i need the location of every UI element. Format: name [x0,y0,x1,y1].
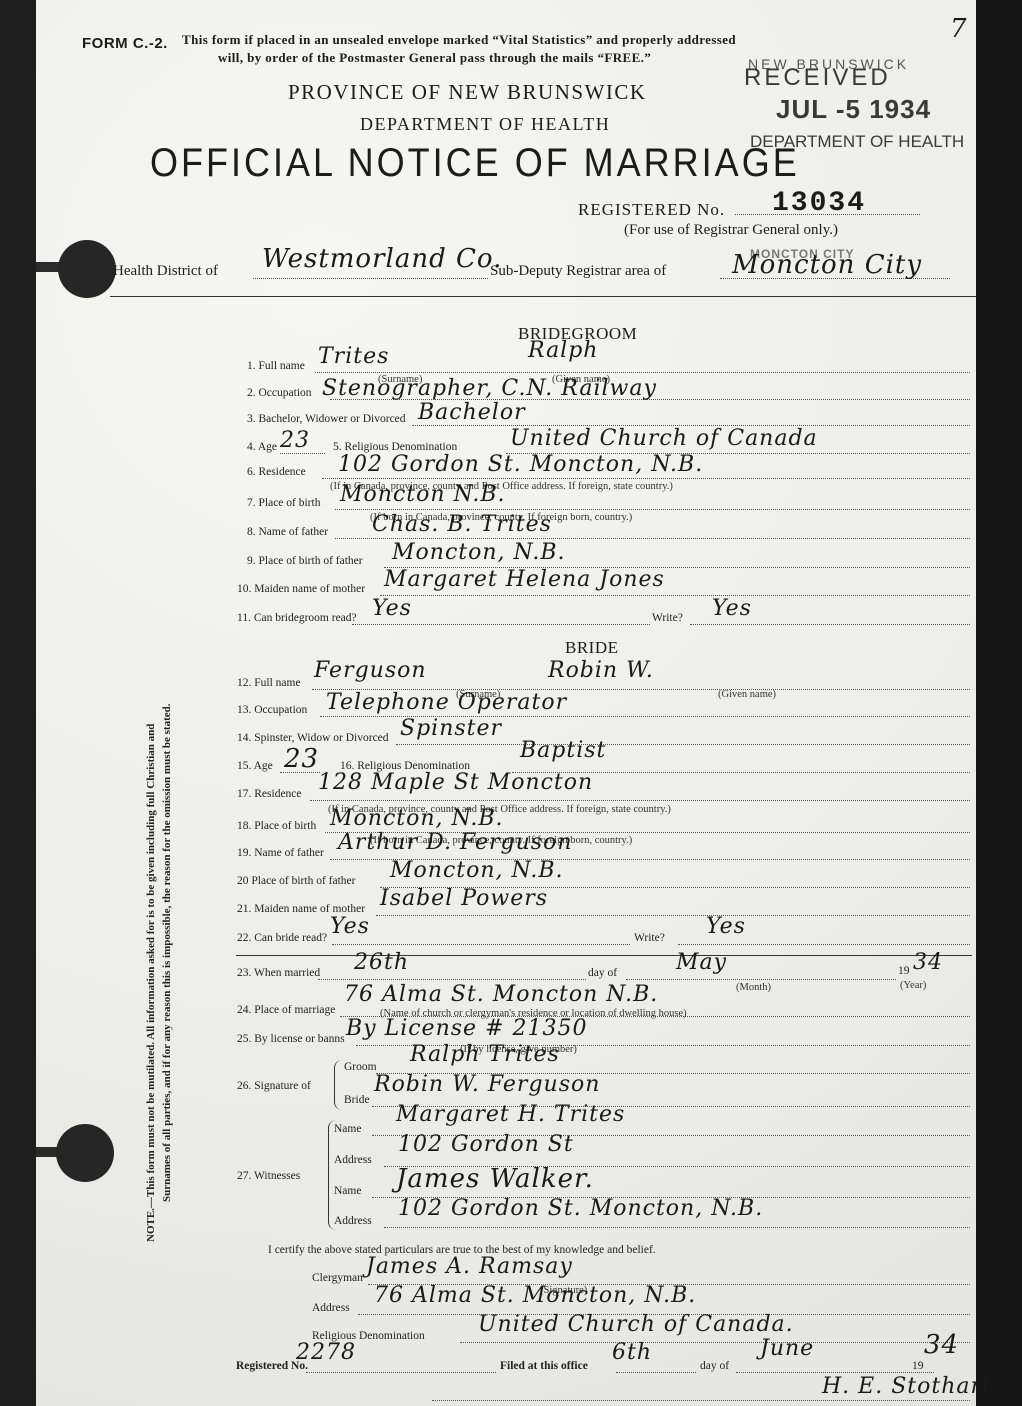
month-hint: (Month) [736,982,771,993]
groom-surname-value: Trites [318,344,389,369]
witness1-name-value: Margaret H. Trites [396,1102,625,1127]
married-month-value: May [676,950,727,975]
bride-father-value: Arthur D. Ferguson [338,830,573,855]
bride-read-value: Yes [330,914,370,939]
groom-age-value: 23 [280,428,310,453]
groom-birthplace-value: Moncton N.B. [340,482,506,507]
registrar-signature: H. E. Stothart [822,1374,992,1399]
clergyman-signature-value: James A. Ramsay [366,1254,573,1279]
bride-occupation-value: Telephone Operator [326,690,567,715]
sub-deputy-label: Sub-Deputy Registrar area of [490,263,666,280]
signature-label: 26. Signature of [237,1080,311,1092]
groom-father-birthplace-label: 9. Place of birth of father [247,555,363,567]
filed-day-value: 6th [612,1340,652,1365]
bride-father-label: 19. Name of father [237,847,324,859]
witness1-address-value: 102 Gordon St [398,1132,574,1157]
clergyman-address-value: 76 Alma St. Moncton, N.B. [374,1283,696,1308]
bride-read-label: 22. Can bride read? [237,932,327,944]
bride-full-name-label: 12. Full name [237,677,301,689]
health-district-label: Health District of [113,263,218,280]
postal-note-line2: will, by order of the Postmaster General… [218,50,651,66]
witness2-name-value: James Walker. [396,1164,594,1194]
form-title: OFFICIAL NOTICE OF MARRIAGE [150,140,800,186]
registered-note: (For use of Registrar General only.) [624,222,838,239]
bride-status-value: Spinster [400,716,502,741]
side-note: NOTE.—This form must not be mutilated. A… [143,704,175,1243]
groom-occupation-label: 2. Occupation [247,387,312,399]
side-note-line2: Surnames of all parties, and if for any … [159,704,175,1243]
department-heading: DEPARTMENT OF HEALTH [360,114,610,135]
stamp-received: RECEIVED [744,64,891,92]
married-day-value: 26th [354,950,409,975]
married-year-value: 34 [913,950,943,975]
groom-father-label: 8. Name of father [247,526,328,538]
scan-border-left [0,0,36,1406]
filing-registered-value: 2278 [296,1340,356,1365]
groom-read-value: Yes [372,596,412,621]
groom-signature-label: Groom [344,1061,377,1073]
groom-signature-value: Ralph Trites [410,1042,560,1067]
married-day-of-label: day of [588,967,617,979]
bride-signature-label: Bride [344,1094,370,1106]
filed-month-value: June [760,1336,814,1361]
place-of-marriage-label: 24. Place of marriage [237,1004,335,1016]
bride-occupation-label: 13. Occupation [237,704,307,716]
bride-given-hint: (Given name) [718,689,776,700]
groom-mother-value: Margaret Helena Jones [384,567,665,592]
groom-write-label: Write? [652,612,683,624]
clergyman-label: Clergyman [312,1272,363,1284]
filed-year-prefix: 19 [912,1360,924,1372]
health-district-value: Westmorland Co. [262,244,502,274]
year-hint: (Year) [900,980,926,991]
bride-surname-value: Ferguson [314,658,427,683]
groom-mother-label: 10. Maiden name of mother [237,583,365,595]
witnesses-label: 27. Witnesses [237,1170,300,1182]
punch-hole-bottom [56,1124,114,1182]
license-value: By License # 21350 [346,1016,587,1041]
scan-border-right [976,0,1022,1406]
groom-status-label: 3. Bachelor, Widower or Divorced [247,413,406,425]
bride-heading: BRIDE [565,638,619,658]
bride-birthplace-value: Moncton, N.B. [330,806,504,831]
bride-given-name-value: Robin W. [548,658,654,683]
filed-year-value: 34 [924,1330,959,1360]
bride-age-label: 15. Age [237,760,273,772]
bride-write-label: Write? [634,932,665,944]
bride-father-birthplace-value: Moncton, N.B. [390,858,564,883]
clergyman-religion-value: United Church of Canada. [478,1312,794,1337]
witness1-name-label: Name [334,1123,361,1135]
groom-status-value: Bachelor [418,400,526,425]
groom-religion-value: United Church of Canada [510,426,818,451]
groom-given-name-value: Ralph [528,338,598,363]
year-prefix: 19 [898,965,910,977]
groom-father-birthplace-value: Moncton, N.B. [392,540,566,565]
groom-occupation-value: Stenographer, C.N. Railway [322,376,657,401]
bride-mother-value: Isabel Powers [380,886,548,911]
groom-father-value: Chas. B. Trites [372,512,552,537]
groom-birthplace-label: 7. Place of birth [247,497,320,509]
bride-status-label: 14. Spinster, Widow or Divorced [237,732,389,744]
when-married-label: 23. When married [237,967,320,979]
groom-age-label: 4. Age [247,441,277,453]
form-code: FORM C.-2. [82,35,168,52]
clergyman-address-label: Address [312,1302,350,1314]
postal-note-line1: This form if placed in an unsealed envel… [182,32,736,48]
stamp-department: DEPARTMENT OF HEALTH [750,132,964,152]
groom-residence-value: 102 Gordon St. Moncton, N.B. [338,452,703,477]
bride-age-value: 23 [284,744,319,774]
bride-birthplace-label: 18. Place of birth [237,820,316,832]
bride-religion-value: Baptist [520,738,606,763]
witness2-address-label: Address [334,1215,372,1227]
punch-hole-top [58,240,116,298]
bride-father-birthplace-label: 20 Place of birth of father [237,875,355,887]
province-heading: PROVINCE OF NEW BRUNSWICK [288,80,647,105]
groom-full-name-label: 1. Full name [247,360,305,372]
bride-residence-value: 128 Maple St Moncton [318,770,593,795]
corner-mark: 7 [950,14,968,44]
groom-read-label: 11. Can bridegroom read? [237,612,357,624]
license-label: 25. By license or banns [237,1033,345,1045]
bride-write-value: Yes [706,914,746,939]
witness1-address-label: Address [334,1154,372,1166]
filed-at-office-label: Filed at this office [500,1360,588,1372]
place-of-marriage-value: 76 Alma St. Moncton N.B. [344,982,658,1007]
bride-residence-label: 17. Residence [237,788,302,800]
groom-residence-label: 6. Residence [247,466,306,478]
stamp-date: JUL -5 1934 [776,94,931,125]
groom-write-value: Yes [712,596,752,621]
registered-label: REGISTERED No. [578,200,725,220]
filed-day-of-label: day of [700,1360,729,1372]
bride-signature-value: Robin W. Ferguson [374,1072,600,1097]
registered-number: 13034 [772,188,866,219]
witness2-address-value: 102 Gordon St. Moncton, N.B. [398,1196,763,1221]
sub-deputy-value: Moncton City [732,250,922,280]
side-note-line1: NOTE.—This form must not be mutilated. A… [143,704,159,1243]
witness2-name-label: Name [334,1185,361,1197]
